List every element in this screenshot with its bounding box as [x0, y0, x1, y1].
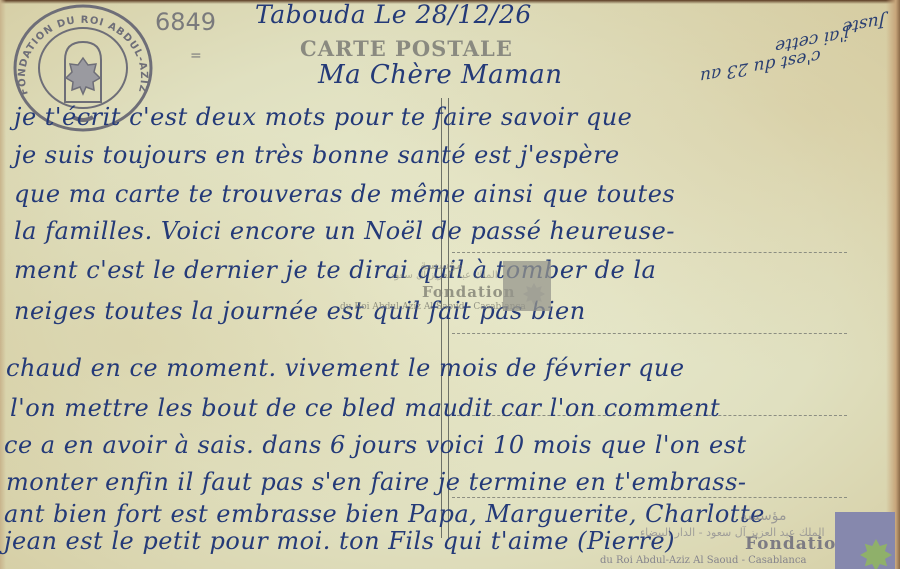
watermark-center: مؤسسة الملك عبد العزيز آل سعود Fondation… [330, 258, 560, 318]
message-line: je suis toujours en très bonne santé est… [14, 141, 620, 169]
reference-mark: = [190, 48, 202, 64]
message-line: que ma carte te trouveras de même ainsi … [14, 180, 675, 208]
message-line: la familles. Voici encore un Noël de pas… [14, 217, 675, 245]
watermark-arabic-sub: الملك عبد العزيز آل سعود [390, 270, 498, 281]
message-line: jean est le petit pour moi. ton Fils qui… [4, 527, 675, 555]
reference-number: 6849 [155, 8, 216, 36]
address-line [452, 333, 847, 334]
watermark-subtitle: du Roi Abdul-Aziz Al Saoud - Casablanca [340, 302, 526, 312]
fondation-logo-icon [503, 261, 551, 311]
address-line [452, 252, 847, 253]
watermark-title: Fondation [422, 283, 516, 301]
message-line: l'on mettre les bout de ce bled maudit c… [10, 394, 720, 422]
postcard: FONDATION DU ROI ABDUL-AZIZ AL SAOUD 684… [0, 0, 900, 569]
star-icon [860, 539, 892, 569]
fondation-logo-icon [835, 512, 895, 569]
star-icon [523, 283, 545, 305]
salutation: Ma Chère Maman [318, 60, 563, 90]
printed-title: CARTE POSTALE [300, 36, 513, 61]
message-line: je t'écrit c'est deux mots pour te faire… [14, 103, 632, 131]
place-date: Tabouda Le 28/12/26 [255, 0, 532, 29]
watermark-corner: مؤسسة الملك عبد العزيز آل سعود - الدار ا… [600, 502, 900, 569]
watermark-arabic: مؤسسة [740, 508, 786, 524]
address-line [452, 497, 847, 498]
message-line: monter enfin il faut pas s'en faire je t… [6, 468, 747, 496]
message-line: ce a en avoir à sais. dans 6 jours voici… [4, 431, 747, 459]
upside-down-note-line: c'est du 23 au [700, 45, 821, 86]
message-line: chaud en ce moment. vivement le mois de … [6, 354, 685, 382]
paper-edge-right [886, 0, 900, 569]
watermark-subtitle: du Roi Abdul-Aziz Al Saoud - Casablanca [600, 555, 806, 566]
